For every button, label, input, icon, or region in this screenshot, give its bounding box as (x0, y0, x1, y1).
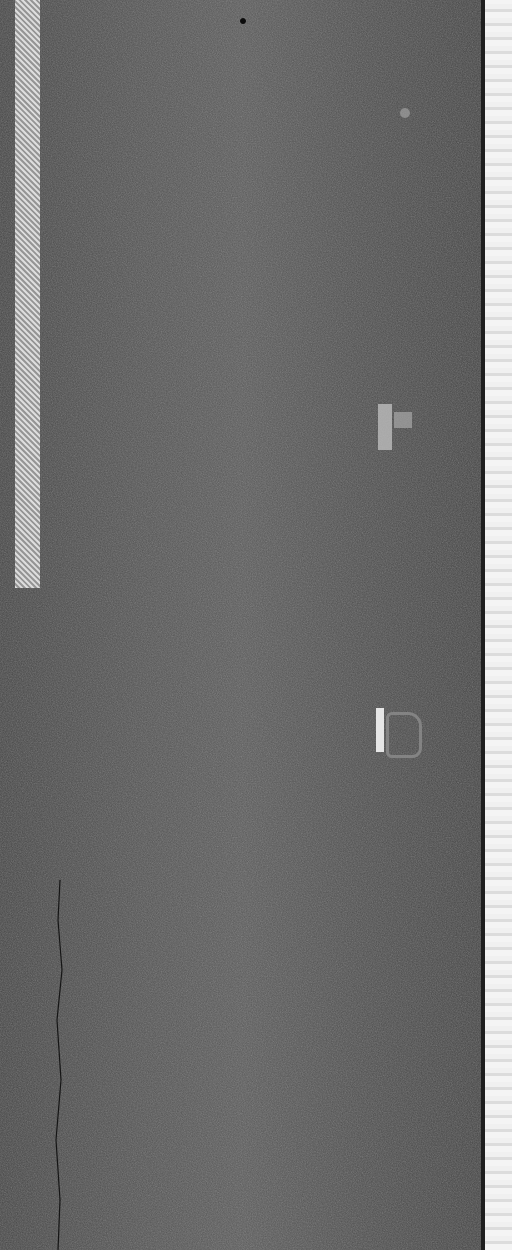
marking-stroke (394, 412, 412, 428)
road-marking-upper (378, 404, 414, 452)
road-marking-lower (376, 708, 420, 756)
pavement-crack (52, 880, 68, 1250)
marking-stroke (376, 708, 384, 752)
road-scene (0, 0, 512, 1250)
asphalt-surface (0, 0, 485, 1250)
lane-line (15, 0, 40, 588)
pavement-spot (400, 108, 410, 118)
curb (485, 0, 512, 1250)
asphalt-texture (0, 0, 485, 1250)
marking-stroke (386, 712, 422, 758)
pavement-spot (240, 18, 246, 24)
marking-stroke (378, 404, 392, 450)
